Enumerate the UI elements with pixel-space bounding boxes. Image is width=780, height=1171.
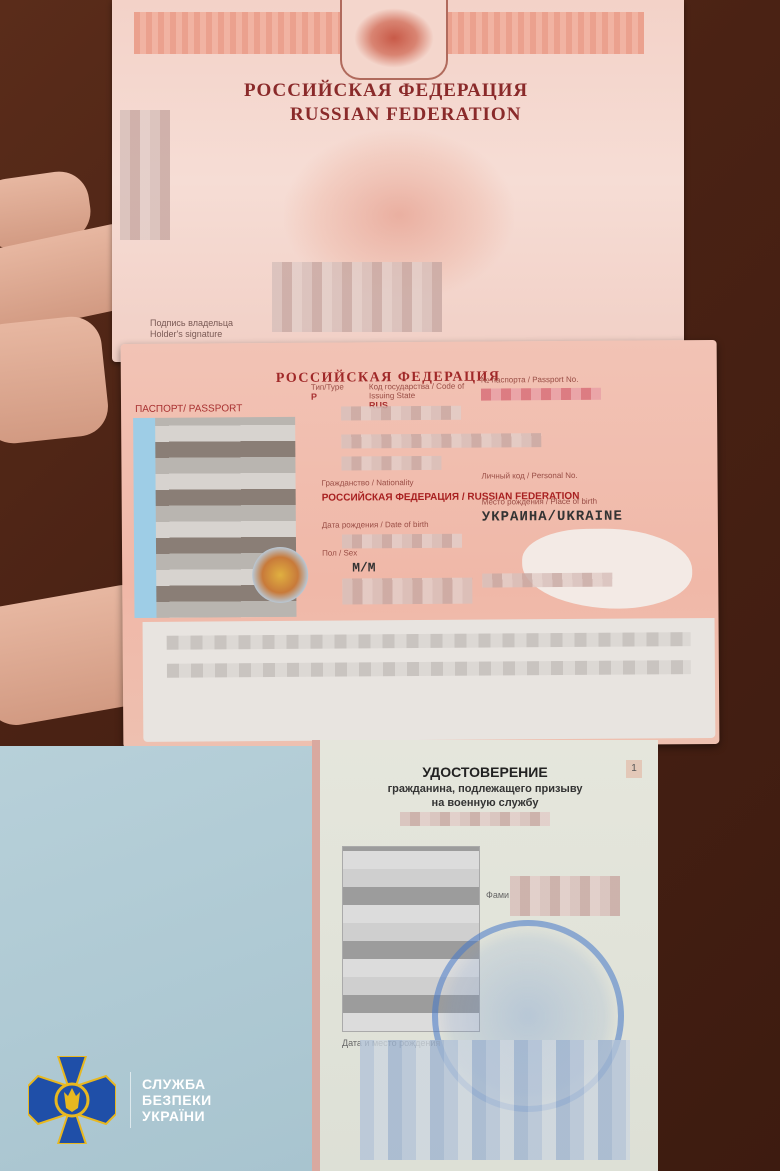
- sex-label: Пол / Sex: [322, 548, 357, 557]
- dob-label: Дата рождения / Date of birth: [322, 520, 429, 530]
- redacted-mrz-line: [167, 660, 691, 678]
- signature-label: Подпись владельца Holder's signature: [150, 318, 233, 340]
- redacted-surname: [510, 876, 620, 916]
- pob-value: УКРАИНА/UKRAINE: [482, 509, 623, 526]
- pob-label: Место рождения / Place of birth: [482, 497, 597, 507]
- passport-data-page: РОССИЙСКАЯ ФЕДЕРАЦИЯ ПАСПОРТ/ PASSPORT Т…: [121, 340, 720, 748]
- nationality-label: Гражданство / Nationality: [322, 478, 414, 488]
- redacted-number: [400, 812, 550, 826]
- surname-label: Фами: [486, 890, 509, 900]
- sbu-cross-icon: [28, 1056, 116, 1144]
- mrz-zone: [143, 618, 716, 742]
- finger: [0, 314, 111, 446]
- personal-no-label: Личный код / Personal No.: [481, 471, 577, 481]
- cover-title-en: RUSSIAN FEDERATION: [290, 104, 521, 126]
- eagle-emblem-icon: [354, 8, 434, 68]
- redacted-field: [120, 110, 170, 240]
- military-id-subtitle: гражданина, подлежащего призыву на военн…: [320, 782, 650, 810]
- type-field: Тип/Type P: [311, 383, 344, 402]
- passport-inner-cover: РОССИЙСКАЯ ФЕДЕРАЦИЯ RUSSIAN FEDERATION …: [112, 0, 684, 362]
- passport-no-field: № паспорта / Passport No.: [481, 375, 601, 401]
- emblem-frame: [340, 0, 448, 80]
- redacted-passport-no: [481, 388, 601, 401]
- redacted-name: [341, 433, 541, 448]
- military-id-page: 1 УДОСТОВЕРЕНИЕ гражданина, подлежащего …: [312, 740, 658, 1171]
- redacted-dob: [342, 534, 462, 549]
- sex-value: M/M: [352, 560, 376, 575]
- sbu-logo-text: СЛУЖБА БЕЗПЕКИ УКРАЇНИ: [142, 1076, 212, 1124]
- redacted-signature: [272, 262, 442, 332]
- redacted-surname: [341, 406, 461, 421]
- white-mark: [522, 528, 693, 609]
- redacted-mrz-line: [167, 632, 691, 650]
- document-kind: ПАСПОРТ/ PASSPORT: [135, 403, 242, 415]
- redacted-dates: [342, 578, 472, 605]
- redacted-dates: [482, 573, 612, 588]
- cover-title-ru: РОССИЙСКАЯ ФЕДЕРАЦИЯ: [244, 80, 528, 102]
- logo-divider: [130, 1072, 131, 1128]
- military-id-title: УДОСТОВЕРЕНИЕ: [320, 764, 650, 780]
- redacted-details: [360, 1040, 630, 1160]
- hologram-emblem-icon: [252, 547, 308, 603]
- redacted-name: [341, 456, 441, 471]
